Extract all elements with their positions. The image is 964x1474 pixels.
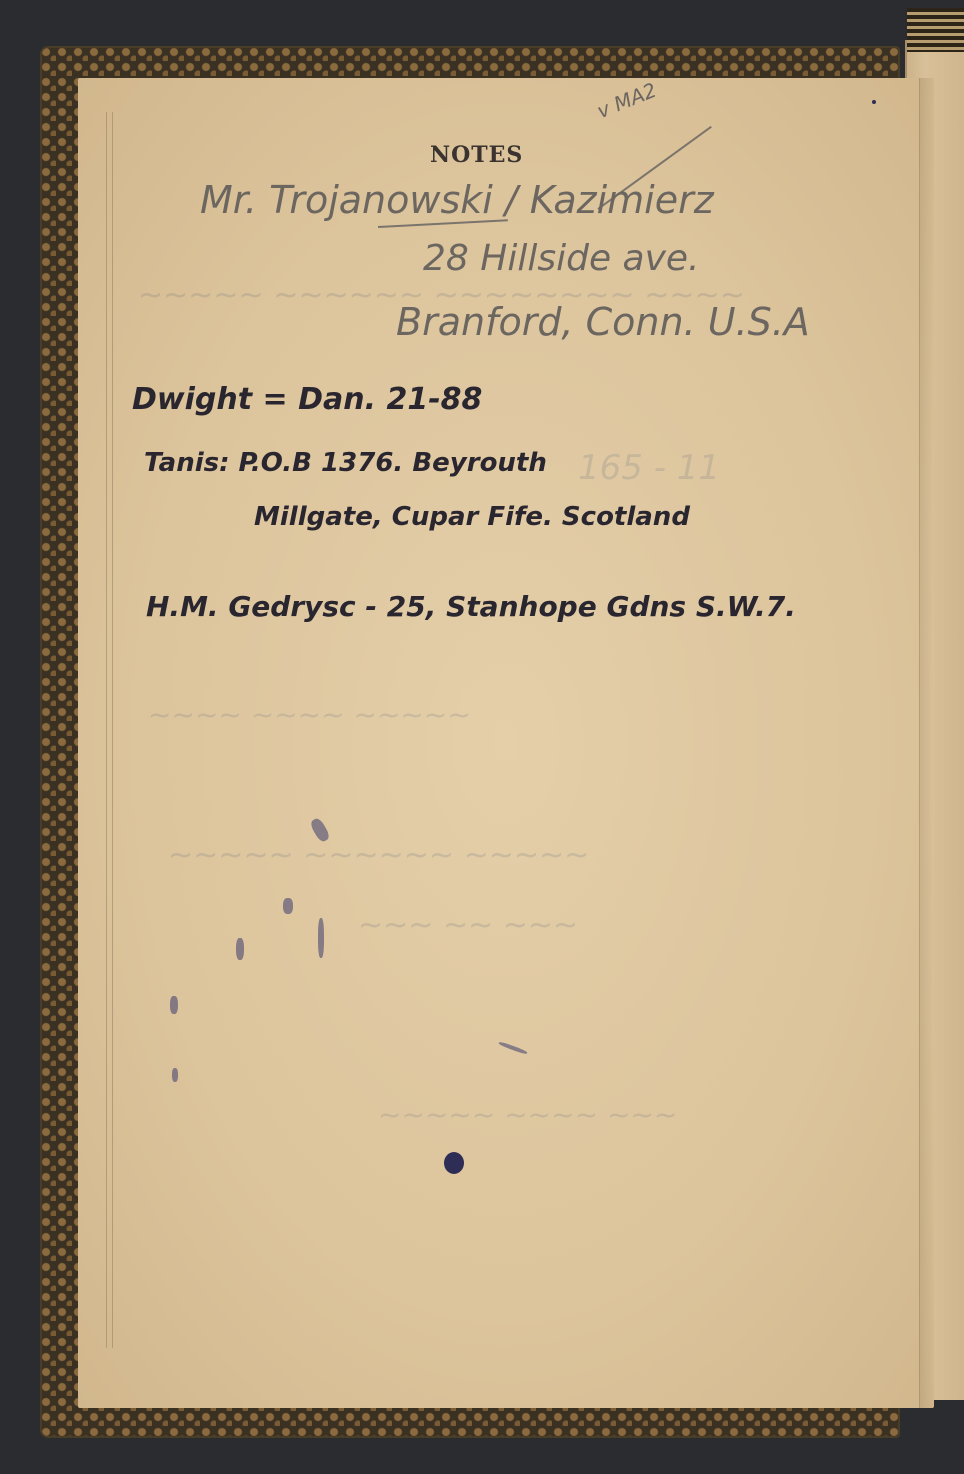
bleed-through-text: 165 - 11 [578,448,720,488]
ink-smudge [283,898,293,914]
book-spine [907,8,964,52]
ink-line-3: Millgate, Cupar Fife. Scotland [254,502,690,532]
ink-blot [444,1152,464,1174]
bleed-through-text: ~~~~~ ~~~~ ~~~ [378,1098,677,1131]
name-line: Mr. Trojanowski / Kazimierz [200,178,714,222]
address-line-1: 28 Hillside ave. [423,238,700,279]
ink-smudge [172,1068,178,1082]
ink-smudge [498,1041,528,1055]
ink-smudge [318,918,324,958]
bleed-through-text: ~~~ ~~ ~~~ [358,908,578,943]
ink-line-4: H.M. Gedrysc - 25, Stanhope Gdns S.W.7. [146,590,796,623]
ink-dot [872,100,876,104]
bleed-through-text: ~~~~ ~~~~ ~~~~~ [148,698,471,731]
ink-line-2: Tanis: P.O.B 1376. Beyrouth [144,448,547,478]
notebook-page: ~~~~~ ~~~~~~ ~~~~~~~~ ~~~~ 165 - 11 ~~~~… [78,78,934,1408]
page-gutter [919,78,934,1408]
margin-rule [112,112,113,1348]
ink-smudge [170,996,178,1014]
printed-heading: NOTES [430,142,523,168]
ink-line-1: Dwight = Dan. 21-88 [132,382,482,417]
bleed-through-text: ~~~~~ ~~~~~~ ~~~~~ [168,838,589,873]
pencil-annotation: v MA2 [594,78,660,123]
margin-rule [106,112,107,1348]
ink-smudge [236,938,244,960]
address-line-2: Branford, Conn. U.S.A [396,300,810,344]
